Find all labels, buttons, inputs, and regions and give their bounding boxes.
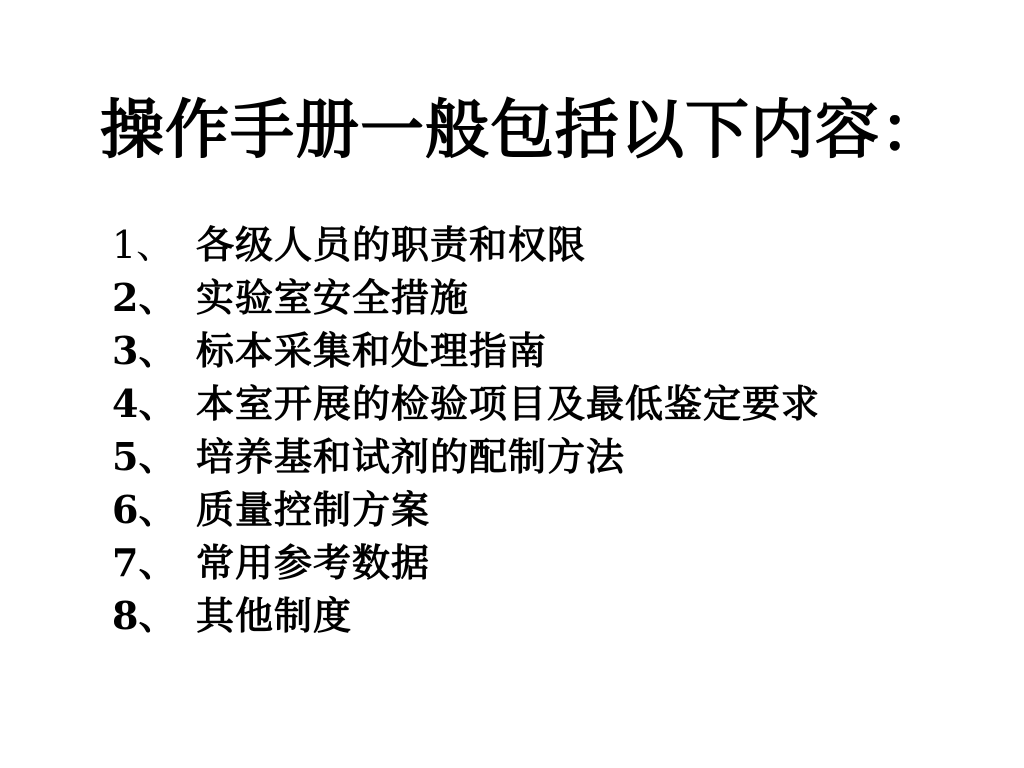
list-item-number: 1、 bbox=[112, 219, 196, 272]
numbered-list: 1、 各级人员的职责和权限 2、 实验室安全措施 3、 标本采集和处理指南 4、… bbox=[112, 218, 912, 642]
list-item: 1、 各级人员的职责和权限 bbox=[112, 218, 912, 271]
list-item: 8、 其他制度 bbox=[112, 589, 912, 642]
list-item-text: 常用参考数据 bbox=[196, 536, 430, 589]
list-item-text: 实验室安全措施 bbox=[196, 271, 469, 324]
list-item-number: 6、 bbox=[112, 483, 196, 536]
list-item: 4、 本室开展的检验项目及最低鉴定要求 bbox=[112, 377, 912, 430]
list-item: 5、 培养基和试剂的配制方法 bbox=[112, 430, 912, 483]
list-item-text: 各级人员的职责和权限 bbox=[196, 218, 586, 271]
list-item: 3、 标本采集和处理指南 bbox=[112, 324, 912, 377]
list-item: 6、 质量控制方案 bbox=[112, 483, 912, 536]
list-item-number: 2、 bbox=[112, 271, 196, 324]
list-item: 2、 实验室安全措施 bbox=[112, 271, 912, 324]
list-item-text: 培养基和试剂的配制方法 bbox=[196, 430, 625, 483]
list-item: 7、 常用参考数据 bbox=[112, 536, 912, 589]
list-item-text: 本室开展的检验项目及最低鉴定要求 bbox=[196, 377, 820, 430]
list-item-text: 其他制度 bbox=[196, 589, 352, 642]
presentation-slide: 操作手册一般包括以下内容： 1、 各级人员的职责和权限 2、 实验室安全措施 3… bbox=[0, 0, 1024, 768]
list-item-number: 8、 bbox=[112, 589, 196, 642]
list-item-number: 4、 bbox=[112, 377, 196, 430]
list-item-number: 7、 bbox=[112, 536, 196, 589]
list-item-number: 3、 bbox=[112, 324, 196, 377]
slide-title: 操作手册一般包括以下内容： bbox=[100, 86, 960, 176]
list-item-text: 标本采集和处理指南 bbox=[196, 324, 547, 377]
list-item-number: 5、 bbox=[112, 430, 196, 483]
list-item-text: 质量控制方案 bbox=[196, 483, 430, 536]
